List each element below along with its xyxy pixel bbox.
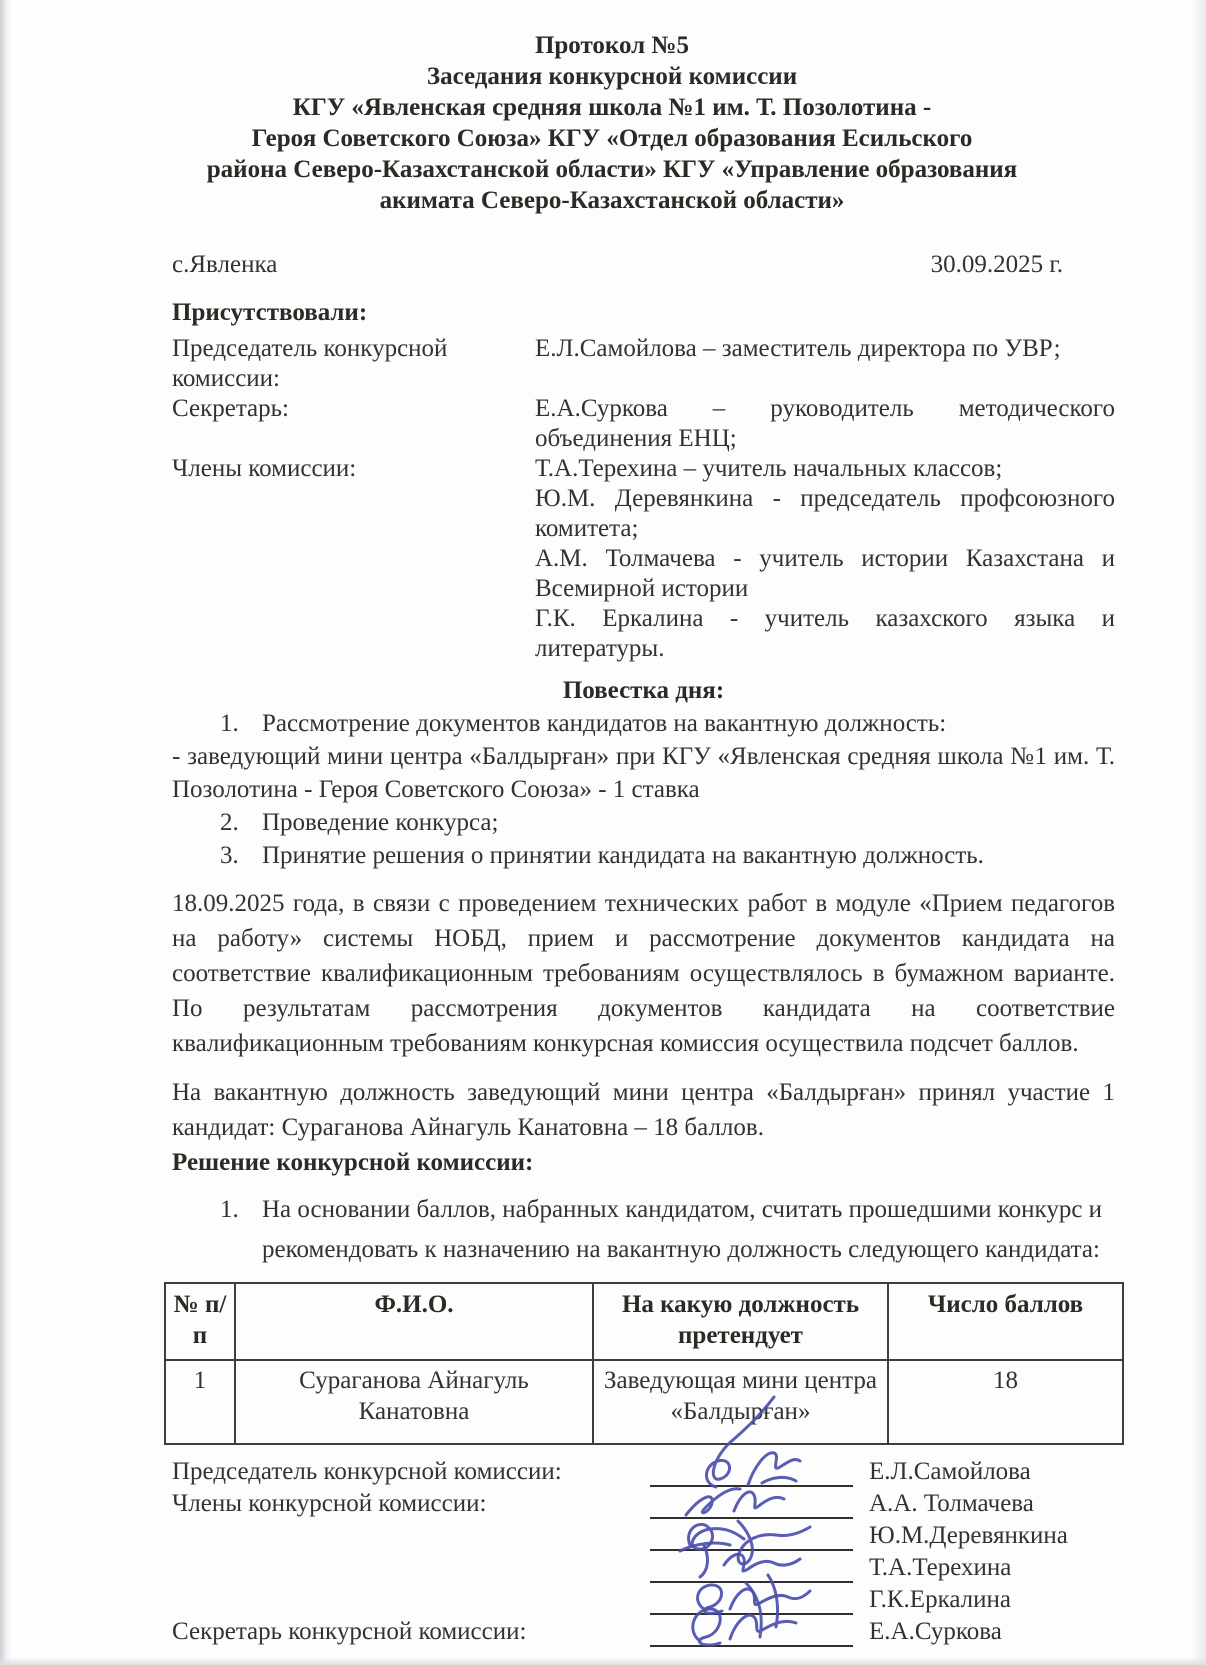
signature-name: Ю.М.Деревянкина — [869, 1521, 1109, 1551]
decision-heading: Решение конкурсной комиссии: — [172, 1145, 1115, 1180]
signature-role-label: Секретарь конкурсной комиссии: — [172, 1617, 650, 1647]
attendee-role — [172, 544, 535, 604]
agenda-item-text: Рассмотрение документов кандидатов на ва… — [262, 710, 946, 737]
attendees-list: Председатель конкурсной комиссии: Е.Л.Са… — [172, 334, 1115, 664]
scan-right-edge — [1192, 0, 1206, 1665]
table-cell-number: 1 — [165, 1360, 235, 1444]
protocol-subtitle: Заседания конкурсной комиссии — [172, 61, 1052, 92]
table-cell-score: 18 — [888, 1360, 1123, 1444]
table-header-row: № п/п Ф.И.О. На какую должность претенду… — [165, 1283, 1123, 1360]
agenda-item: - заведующий мини центра «Балдырған» при… — [172, 740, 1115, 806]
attendee-row: Секретарь: Е.А.Суркова – руководитель ме… — [172, 394, 1115, 454]
signature-row: Председатель конкурсной комиссии: Е.Л.Са… — [172, 1455, 1115, 1487]
attendee-row: Ю.М. Деревянкина - председатель профсоюз… — [172, 484, 1115, 544]
signature-name: Е.Л.Самойлова — [869, 1457, 1109, 1487]
protocol-number: Протокол №5 — [172, 30, 1052, 61]
signature-row: Т.А.Терехина — [172, 1551, 1115, 1583]
signature-name: Т.А.Терехина — [869, 1553, 1109, 1583]
signature-role-label: Члены конкурсной комиссии: — [172, 1489, 650, 1519]
attendee-name-title: Е.А.Суркова – руководитель методического… — [535, 394, 1115, 454]
signature-row: Г.К.Еркалина — [172, 1583, 1115, 1615]
signature-name: Г.К.Еркалина — [869, 1585, 1109, 1615]
decision-item-marker: 1. — [220, 1190, 262, 1230]
signature-row: Секретарь конкурсной комиссии: Е.А.Сурко… — [172, 1615, 1115, 1647]
attendee-role: Председатель конкурсной комиссии: — [172, 334, 535, 394]
agenda-item: 3.Принятие решения о принятии кандидата … — [172, 839, 1115, 872]
org-name-line: КГУ «Явленская средняя школа №1 им. Т. П… — [172, 92, 1052, 123]
attendee-role: Секретарь: — [172, 394, 535, 454]
attendee-name-title: Ю.М. Деревянкина - председатель профсоюз… — [535, 484, 1115, 544]
body-paragraph: На вакантную должность заведующий мини ц… — [172, 1075, 1115, 1145]
scanned-protocol-page: Протокол №5 Заседания конкурсной комисси… — [0, 0, 1206, 1665]
agenda-item-text: Принятие решения о принятии кандидата на… — [262, 842, 984, 869]
signature-role-label: Председатель конкурсной комиссии: — [172, 1457, 650, 1487]
agenda-item-marker: 1. — [220, 707, 262, 740]
table-cell-position: Заведующая мини центра «Балдырған» — [593, 1360, 888, 1444]
attendees-heading: Присутствовали: — [172, 298, 1115, 328]
candidates-table: № п/п Ф.И.О. На какую должность претенду… — [164, 1282, 1124, 1445]
signature-line — [650, 1551, 853, 1583]
attendee-row: Председатель конкурсной комиссии: Е.Л.Са… — [172, 334, 1115, 394]
date-label: 30.09.2025 г. — [931, 250, 1115, 280]
agenda-item: 2.Проведение конкурса; — [172, 806, 1115, 839]
signature-line — [650, 1583, 853, 1615]
place-date-row: с.Явленка 30.09.2025 г. — [172, 250, 1115, 280]
signature-line — [650, 1455, 853, 1487]
attendee-name-title: Г.К. Еркалина - учитель казахского языка… — [535, 604, 1115, 664]
attendee-name-title: А.М. Толмачева - учитель истории Казахст… — [535, 544, 1115, 604]
attendee-role: Члены комиссии: — [172, 454, 535, 484]
signature-name: Е.А.Суркова — [869, 1617, 1109, 1647]
table-row: 1 Сураганова Айнагуль Канатовна Заведующ… — [165, 1360, 1123, 1444]
document-title-block: Протокол №5 Заседания конкурсной комисси… — [172, 30, 1052, 216]
agenda-list: 1.Рассмотрение документов кандидатов на … — [172, 707, 1115, 872]
signature-line — [650, 1615, 853, 1647]
table-header-cell: На какую должность претендует — [593, 1283, 888, 1360]
decision-item: 1.На основании баллов, набранных кандида… — [172, 1190, 1115, 1270]
signature-row: Члены конкурсной комиссии: А.А. Толмачев… — [172, 1487, 1115, 1519]
decision-item-text: На основании баллов, набранных кандидато… — [262, 1196, 1102, 1263]
org-name-line: акимата Северо-Казахстанской области» — [172, 185, 1052, 216]
signature-line — [650, 1487, 853, 1519]
decision-list: 1.На основании баллов, набранных кандида… — [172, 1190, 1115, 1270]
document-content: Протокол №5 Заседания конкурсной комисси… — [172, 30, 1115, 1647]
attendee-row: А.М. Толмачева - учитель истории Казахст… — [172, 544, 1115, 604]
table-header-cell: Число баллов — [888, 1283, 1123, 1360]
signature-row: Ю.М.Деревянкина — [172, 1519, 1115, 1551]
agenda-item: 1.Рассмотрение документов кандидатов на … — [172, 707, 1115, 740]
signature-line — [650, 1519, 853, 1551]
agenda-item-marker: - — [172, 743, 180, 770]
attendee-name-title: Е.Л.Самойлова – заместитель директора по… — [535, 334, 1115, 394]
signature-block: Председатель конкурсной комиссии: Е.Л.Са… — [172, 1455, 1115, 1647]
attendee-row: Г.К. Еркалина - учитель казахского языка… — [172, 604, 1115, 664]
place-label: с.Явленка — [172, 250, 277, 280]
table-cell-name: Сураганова Айнагуль Канатовна — [235, 1360, 593, 1444]
signature-name: А.А. Толмачева — [869, 1489, 1109, 1519]
agenda-item-text: Проведение конкурса; — [262, 809, 498, 836]
agenda-item-text: заведующий мини центра «Балдырған» при К… — [172, 743, 1115, 803]
scan-left-edge — [0, 0, 12, 1665]
scan-bottom-edge — [0, 1657, 1206, 1665]
attendee-role — [172, 484, 535, 544]
agenda-item-marker: 2. — [220, 806, 262, 839]
body-paragraph: 18.09.2025 года, в связи с проведением т… — [172, 886, 1115, 1061]
org-name-line: района Северо-Казахстанской области» КГУ… — [172, 154, 1052, 185]
table-header-cell: Ф.И.О. — [235, 1283, 593, 1360]
agenda-item-marker: 3. — [220, 839, 262, 872]
org-name-line: Героя Советского Союза» КГУ «Отдел образ… — [172, 123, 1052, 154]
table-header-cell: № п/п — [165, 1283, 235, 1360]
attendee-role — [172, 604, 535, 664]
attendee-name-title: Т.А.Терехина – учитель начальных классов… — [535, 454, 1115, 484]
attendee-row: Члены комиссии: Т.А.Терехина – учитель н… — [172, 454, 1115, 484]
agenda-heading: Повестка дня: — [172, 674, 1115, 707]
